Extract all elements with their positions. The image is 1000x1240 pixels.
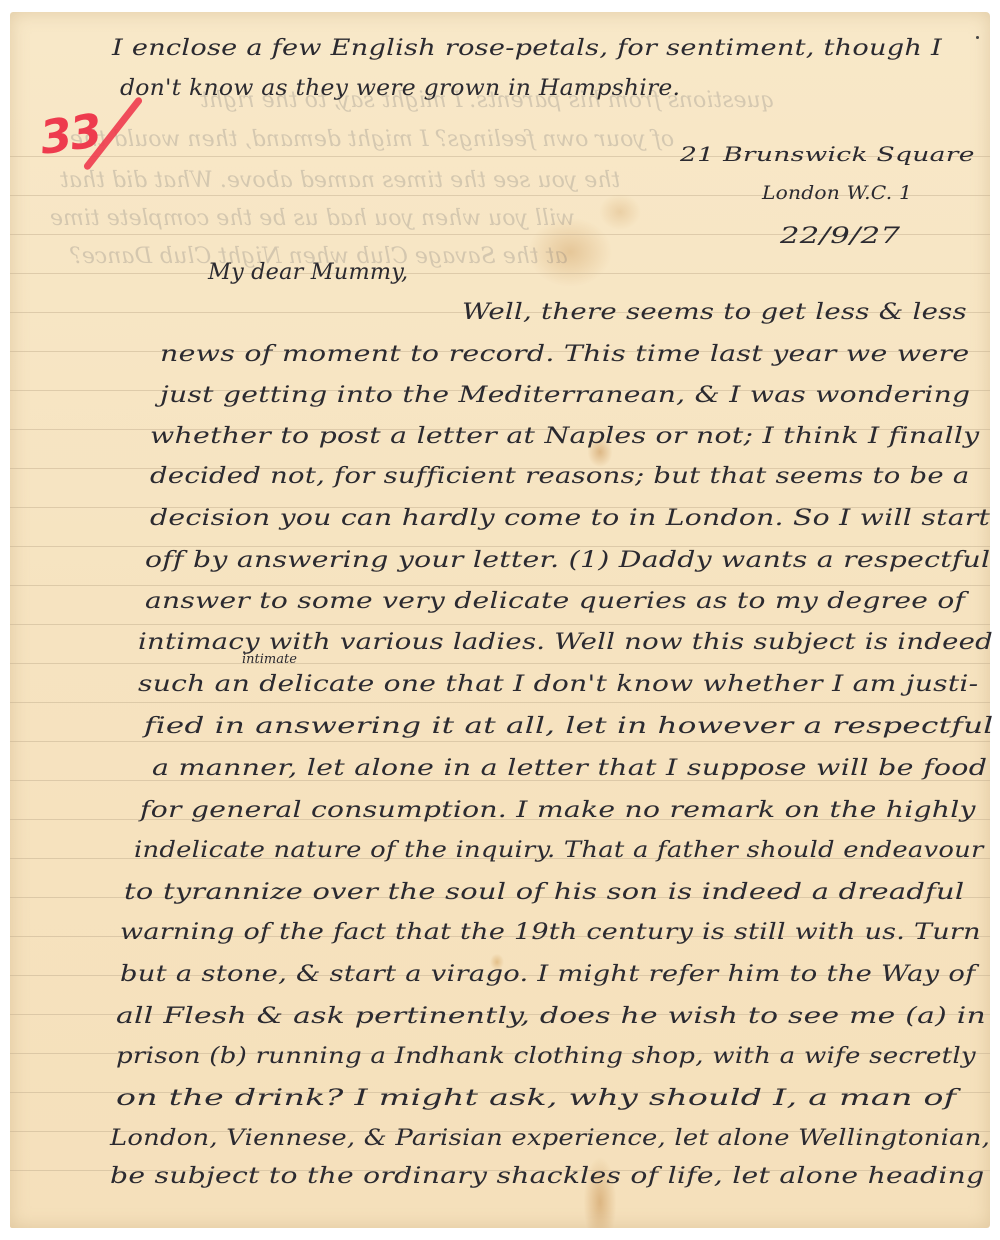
body-line: just getting into the Mediterranean, & I… <box>160 383 970 408</box>
body-line: fied in answering it at all, let in howe… <box>144 714 993 739</box>
ink-dot <box>976 36 979 39</box>
body-line: a manner, let alone in a letter that I s… <box>152 756 987 781</box>
body-line: but a stone, & start a virago. I might r… <box>120 962 975 987</box>
body-line: prison (b) running a Indhank clothing sh… <box>116 1044 976 1069</box>
body-line: answer to some very delicate queries as … <box>145 589 965 614</box>
letter-date: 22/9/27 <box>780 224 900 249</box>
letter-page: questions from his parents. I might say,… <box>10 12 990 1228</box>
body-line: to tyrannize over the soul of his son is… <box>124 880 964 905</box>
body-line: for general consumption. I make no remar… <box>140 798 976 823</box>
bleed-line: the you see the times named above. What … <box>60 168 620 193</box>
body-line: indelicate nature of the inquiry. That a… <box>134 838 984 863</box>
postscript-line-2: don't know as they were grown in Hampshi… <box>120 76 680 101</box>
body-line: decision you can hardly come to in Londo… <box>150 506 990 531</box>
postscript-line-1: I enclose a few English rose-petals, for… <box>112 36 942 61</box>
body-line: Well, there seems to get less & less <box>462 300 967 325</box>
address-line-1: 21 Brunswick Square <box>680 142 975 166</box>
body-line: whether to post a letter at Naples or no… <box>150 424 979 449</box>
body-line: all Flesh & ask pertinently, does he wis… <box>116 1004 986 1029</box>
interlinear-insertion: intimate <box>242 652 297 667</box>
body-line: London, Viennese, & Parisian experience,… <box>110 1126 990 1151</box>
body-line: on the drink? I might ask, why should I,… <box>116 1086 956 1111</box>
salutation: My dear Mummy, <box>208 260 408 285</box>
body-line: such an delicate one that I don't know w… <box>138 672 978 697</box>
bleed-line: will you when you had us be the complete… <box>50 206 575 231</box>
address-line-2: London W.C. 1 <box>762 182 912 204</box>
bleed-line: of your own feelings? I might demand, th… <box>70 127 674 152</box>
body-line: off by answering your letter. (1) Daddy … <box>145 548 990 573</box>
body-line: news of moment to record. This time last… <box>160 342 969 367</box>
body-line: warning of the fact that the 19th centur… <box>120 920 981 945</box>
body-line: decided not, for sufficient reasons; but… <box>150 464 969 489</box>
body-line: be subject to the ordinary shackles of l… <box>110 1164 984 1189</box>
